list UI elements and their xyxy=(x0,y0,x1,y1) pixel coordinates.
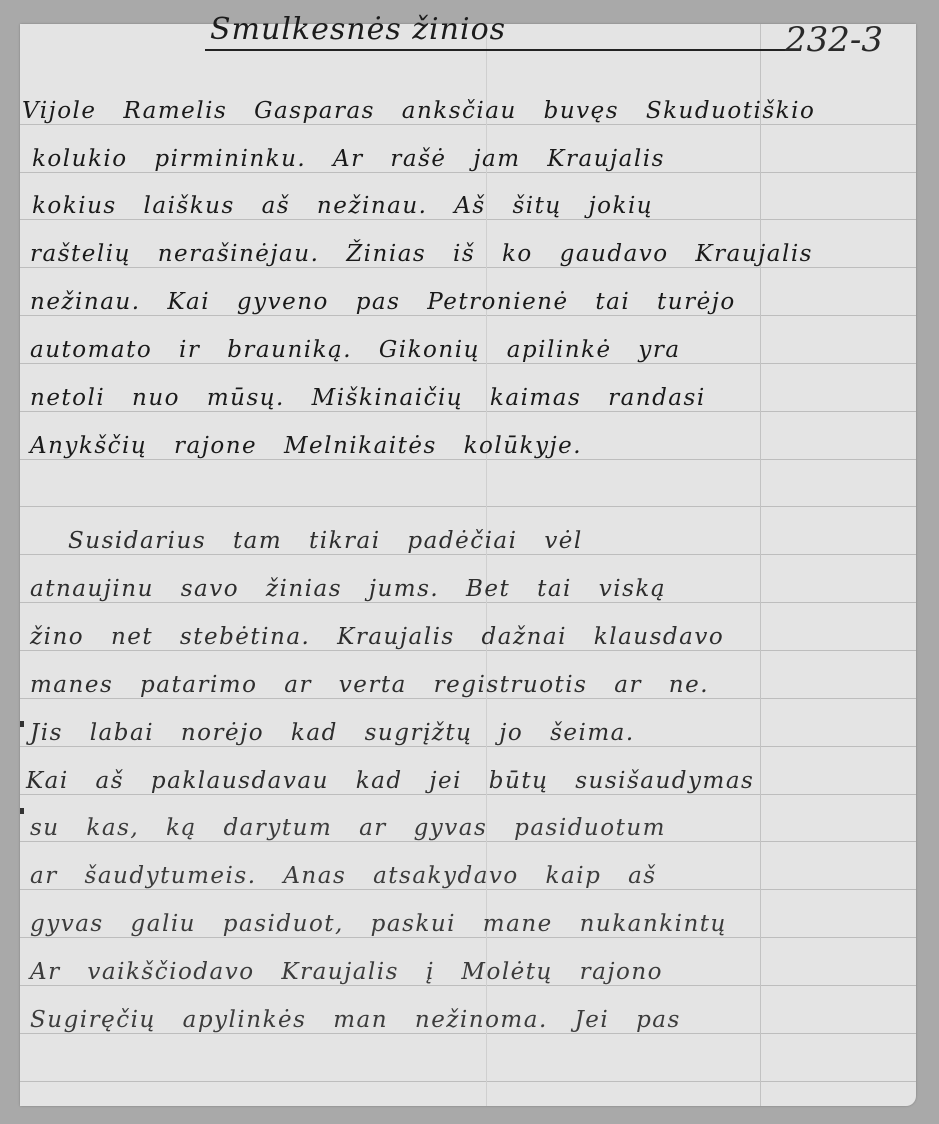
text-line: kokius laiškus aš nežinau. Aš šitų jokių xyxy=(32,193,653,219)
paper-sheet xyxy=(20,24,916,1106)
text-line: Anykščių rajone Melnikaitės kolūkyje. xyxy=(30,433,582,459)
ruled-line xyxy=(20,554,916,555)
ruled-line xyxy=(20,172,916,173)
ruled-line xyxy=(20,124,916,125)
text-line: kolukio pirmininku. Ar rašė jam Kraujali… xyxy=(32,146,665,172)
ruled-line xyxy=(20,267,916,268)
text-line: Jis labai norėjo kad sugrįžtų jo šeima. xyxy=(30,720,635,746)
text-line: Kai aš paklausdavau kad jei būtų susišau… xyxy=(26,768,754,794)
text-line: raštelių nerašinėjau. Žinias iš ko gauda… xyxy=(30,241,813,267)
text-line: su kas, ką darytum ar gyvas pasiduotum xyxy=(30,815,666,841)
ruled-line xyxy=(20,1081,916,1082)
reference-number: 232-3 xyxy=(785,20,883,60)
ruled-line xyxy=(20,363,916,364)
ruled-line xyxy=(20,698,916,699)
ruled-line xyxy=(20,315,916,316)
ruled-line xyxy=(20,985,916,986)
text-line: Ar vaikščiodavo Kraujalis į Molėtų rajon… xyxy=(30,959,663,985)
text-line: žino net stebėtina. Kraujalis dažnai kla… xyxy=(30,624,724,650)
ruled-line xyxy=(20,746,916,747)
ruled-line xyxy=(20,219,916,220)
ruled-line xyxy=(20,889,916,890)
ruled-line xyxy=(20,411,916,412)
document-title: Smulkesnės žinios xyxy=(210,12,506,47)
ruled-line xyxy=(20,650,916,651)
margin-mark xyxy=(20,721,24,727)
margin-line xyxy=(760,24,761,1106)
ruled-line xyxy=(20,506,916,507)
margin-mark xyxy=(20,808,24,814)
ruled-line xyxy=(20,794,916,795)
text-line: atnaujinu savo žinias jums. Bet tai visk… xyxy=(30,576,666,602)
ruled-line xyxy=(20,1033,916,1034)
ruled-line xyxy=(20,937,916,938)
ruled-line xyxy=(20,459,916,460)
text-line: ar šaudytumeis. Anas atsakydavo kaip aš xyxy=(30,863,657,889)
text-line: Susidarius tam tikrai padėčiai vėl xyxy=(68,528,583,554)
text-line: manes patarimo ar verta registruotis ar … xyxy=(30,672,709,698)
text-line: Vijole Ramelis Gasparas anksčiau buvęs S… xyxy=(22,98,815,124)
title-underline xyxy=(205,49,800,51)
paper-fold xyxy=(486,24,487,1106)
text-line: netoli nuo mūsų. Miškinaičių kaimas rand… xyxy=(30,385,706,411)
text-line: nežinau. Kai gyveno pas Petronienė tai t… xyxy=(30,289,736,315)
ruled-line xyxy=(20,841,916,842)
text-line: Sugiręčių apylinkės man nežinoma. Jei pa… xyxy=(30,1007,681,1033)
text-line: automato ir brauniką. Gikonių apilinkė y… xyxy=(30,337,681,363)
ruled-line xyxy=(20,602,916,603)
text-line: gyvas galiu pasiduot, paskui mane nukank… xyxy=(30,911,727,937)
